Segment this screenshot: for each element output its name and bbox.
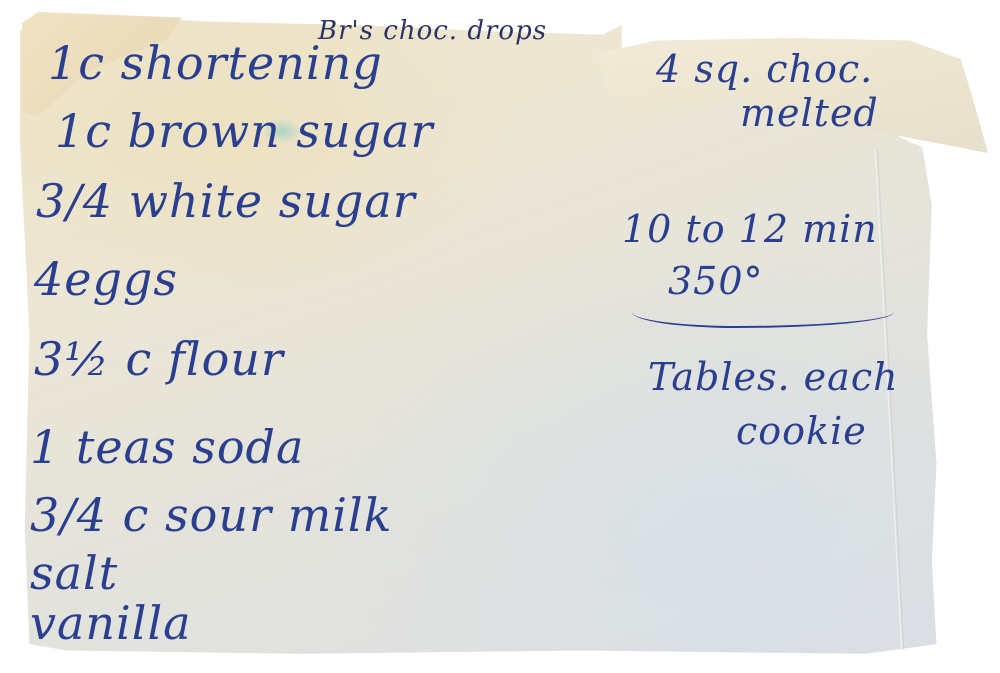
ingredient-line: 3½ c flour	[34, 336, 284, 382]
ingredient-line: vanilla	[30, 600, 192, 646]
ingredient-line: 3/4 white sugar	[36, 178, 416, 224]
bake-temperature: 350°	[668, 262, 764, 300]
portion-note-cookie: cookie	[736, 412, 867, 450]
bake-time: 10 to 12 min	[622, 210, 878, 248]
recipe-card-photo: Br's choc. drops 1c shortening 1c brown …	[0, 0, 1000, 673]
chocolate-note: 4 sq. choc.	[656, 50, 873, 88]
ingredient-line: 1c brown sugar	[55, 108, 434, 154]
portion-note: Tables. each	[648, 358, 899, 396]
ingredient-line: salt	[30, 550, 118, 596]
ingredient-line: 1c shortening	[48, 40, 383, 86]
ingredient-line: 1 teas soda	[30, 424, 304, 470]
ingredient-line: 3/4 c sour milk	[30, 492, 393, 538]
ingredient-line: 4eggs	[34, 256, 178, 302]
chocolate-note-melted: melted	[740, 94, 879, 132]
